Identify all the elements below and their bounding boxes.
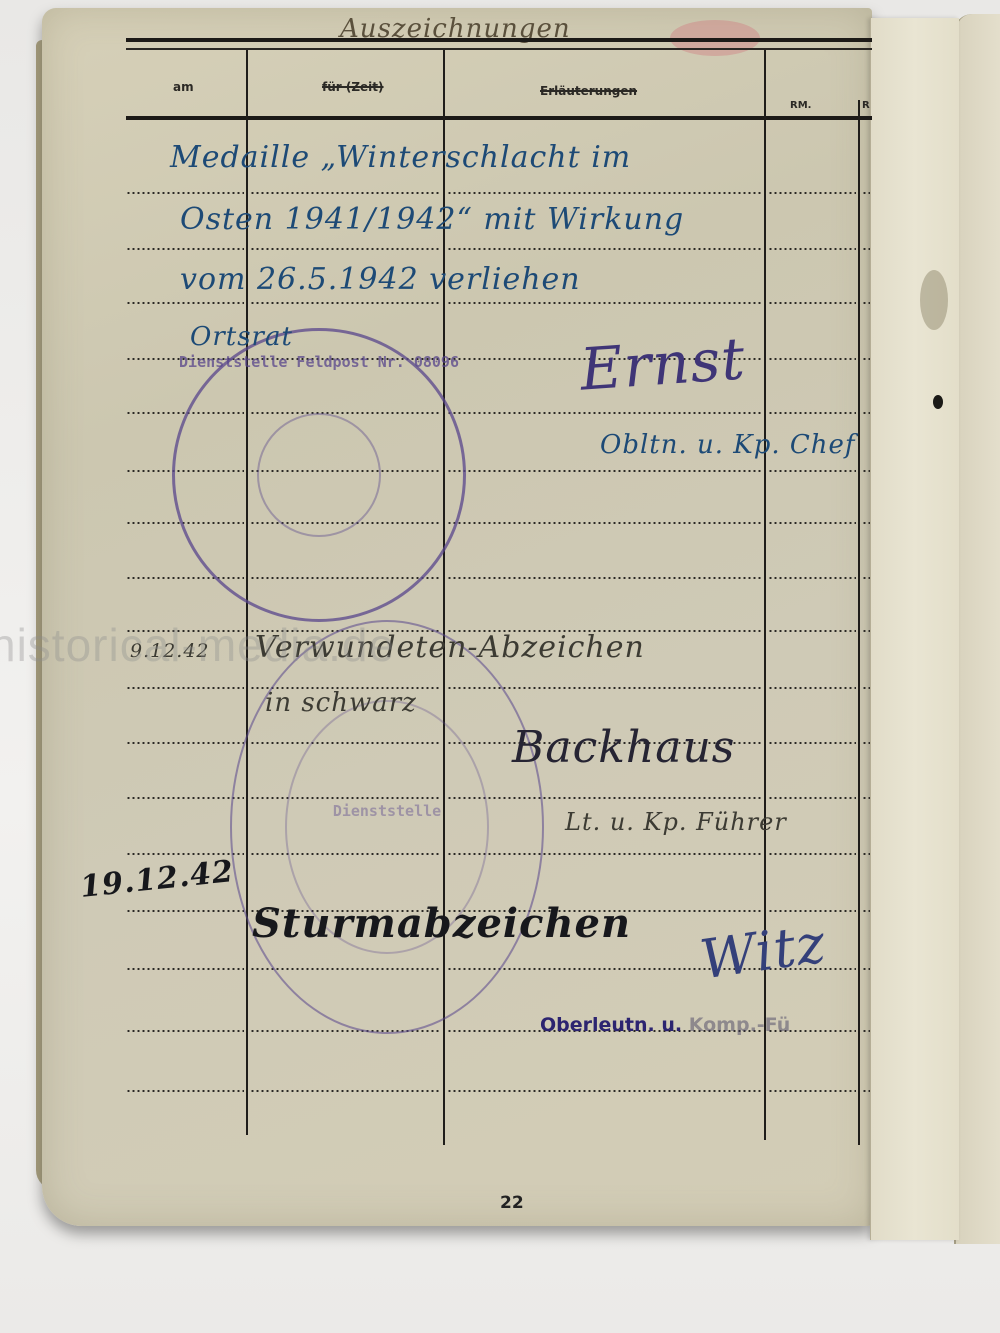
entry-1-line-1: Medaille „Winterschlacht im bbox=[170, 140, 631, 175]
entry-1-line-3: vom 26.5.1942 verliehen bbox=[180, 262, 581, 297]
header-rule-second bbox=[126, 48, 872, 50]
dotted-rule bbox=[447, 412, 762, 414]
official-stamp-2: Dienststelle bbox=[230, 620, 544, 1034]
dotted-rule bbox=[768, 853, 856, 855]
dotted-rule bbox=[768, 470, 856, 472]
dotted-rule bbox=[447, 577, 762, 579]
dotted-rule bbox=[768, 687, 856, 689]
dotted-rule bbox=[862, 192, 870, 194]
dotted-rule bbox=[250, 248, 441, 250]
dotted-rule bbox=[126, 1090, 244, 1092]
dotted-rule bbox=[768, 797, 856, 799]
dotted-rule bbox=[862, 687, 870, 689]
dotted-rule bbox=[126, 968, 244, 970]
page-number: 22 bbox=[500, 1193, 524, 1213]
column-header-erlaeuterungen: Erläuterungen bbox=[540, 84, 637, 98]
watermark-text: historical-media.de bbox=[0, 619, 395, 671]
rank-stamp-faded: Komp.-Fü bbox=[682, 1014, 790, 1036]
dotted-rule bbox=[768, 412, 856, 414]
dotted-rule bbox=[126, 1030, 244, 1032]
dotted-rule bbox=[768, 742, 856, 744]
dotted-rule bbox=[862, 522, 870, 524]
dotted-rule bbox=[126, 687, 244, 689]
dotted-rule bbox=[862, 302, 870, 304]
dotted-rule bbox=[126, 302, 244, 304]
dotted-rule bbox=[862, 968, 870, 970]
dotted-rule bbox=[447, 302, 762, 304]
stain bbox=[920, 270, 948, 330]
dotted-rule bbox=[126, 248, 244, 250]
rank-stamp-visible: Oberleutn. u. bbox=[540, 1014, 682, 1036]
dotted-rule bbox=[126, 742, 244, 744]
dotted-rule bbox=[447, 248, 762, 250]
watermark: historical-media.de bbox=[0, 618, 1000, 672]
rank-stamp: Oberleutn. u. Komp.-Fü bbox=[540, 1014, 790, 1036]
dotted-rule bbox=[250, 1090, 441, 1092]
dotted-rule bbox=[126, 910, 244, 912]
entry-2-line-2: in schwarz bbox=[265, 688, 417, 718]
dotted-rule bbox=[250, 192, 441, 194]
dotted-rule bbox=[250, 302, 441, 304]
column-header-am: am bbox=[173, 80, 194, 94]
dotted-rule bbox=[768, 358, 856, 360]
dotted-rule bbox=[862, 1090, 870, 1092]
stamp-1-text: Dienststelle Feldpost Nr. 08096 bbox=[175, 353, 463, 371]
entry-1-line-4: Ortsrat bbox=[190, 322, 293, 352]
dotted-rule bbox=[768, 248, 856, 250]
dotted-rule bbox=[447, 1090, 762, 1092]
dotted-rule bbox=[768, 1090, 856, 1092]
dotted-rule bbox=[447, 522, 762, 524]
dotted-rule bbox=[126, 192, 244, 194]
entry-2-signature-title: Lt. u. Kp. Führer bbox=[565, 808, 787, 836]
dotted-rule bbox=[862, 577, 870, 579]
dotted-rule bbox=[862, 470, 870, 472]
dotted-rule bbox=[862, 910, 870, 912]
column-header-fuer-zeit: für (Zeit) bbox=[322, 80, 384, 94]
dotted-rule bbox=[862, 853, 870, 855]
document-page bbox=[42, 8, 872, 1226]
dotted-rule bbox=[768, 192, 856, 194]
dotted-rule bbox=[862, 248, 870, 250]
dotted-rule bbox=[862, 412, 870, 414]
dotted-rule bbox=[768, 302, 856, 304]
dotted-rule bbox=[768, 522, 856, 524]
dotted-rule bbox=[862, 742, 870, 744]
stamp-center-ring bbox=[257, 413, 381, 537]
official-stamp-1: Dienststelle Feldpost Nr. 08096 bbox=[172, 328, 466, 622]
column-header-rpf: Rpf. bbox=[862, 100, 870, 111]
header-rule-bottom bbox=[126, 116, 872, 120]
dotted-rule bbox=[447, 192, 762, 194]
dotted-rule bbox=[862, 1030, 870, 1032]
dotted-rule bbox=[126, 797, 244, 799]
dotted-rule bbox=[768, 577, 856, 579]
entry-1-signature: Ernst bbox=[578, 324, 748, 403]
entry-3-line-1: Sturmabzeichen bbox=[252, 900, 631, 947]
entry-2-signature: Backhaus bbox=[512, 722, 735, 773]
entry-1-signature-title: Obltn. u. Kp. Chef bbox=[600, 430, 856, 460]
entry-1-line-2: Osten 1941/1942“ mit Wirkung bbox=[180, 202, 684, 237]
dotted-rule bbox=[447, 470, 762, 472]
column-header-rm: RM. bbox=[790, 100, 811, 111]
stamp-2-text: Dienststelle bbox=[232, 802, 542, 820]
header-rule-top bbox=[126, 38, 872, 42]
hole-mark bbox=[933, 395, 943, 409]
dotted-rule bbox=[862, 797, 870, 799]
dotted-rule bbox=[862, 358, 870, 360]
